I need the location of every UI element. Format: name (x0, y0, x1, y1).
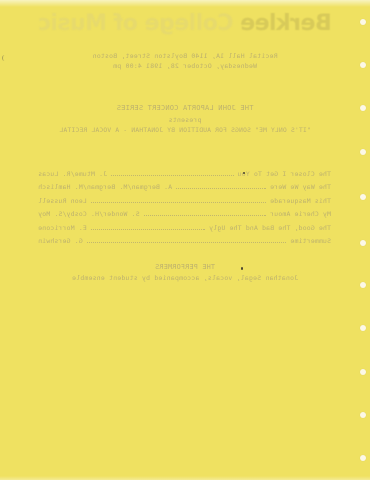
program-row: The Way We Were A. Bergman/M. Bergman/M.… (38, 178, 331, 192)
song-title: The Closer I Get To You (238, 170, 331, 178)
dot-leader (87, 241, 287, 243)
program-row: My Cherie Amour S. Wonder/H. Cosby/S. Mo… (38, 205, 331, 219)
punch-hole (360, 19, 366, 25)
program-row: The Closer I Get To You J. Mtume/R. Luca… (38, 164, 331, 178)
song-composer: S. Wonder/H. Cosby/S. Moy (38, 210, 140, 218)
presents-label: presents (0, 116, 370, 124)
dot-leader (91, 228, 205, 230)
song-title: The Way We Were (270, 183, 331, 191)
program-list: The Closer I Get To You J. Mtume/R. Luca… (38, 164, 331, 245)
song-title: Summertime (290, 237, 331, 245)
punch-hole (360, 369, 366, 375)
edge-mark (2, 55, 7, 61)
berklee-logo: Berklee College of Music (0, 11, 370, 36)
date-line: Wednesday, October 28, 1981 4:00 pm (0, 62, 370, 70)
logo-brand-text: Berklee (241, 11, 332, 36)
dot-leader (111, 174, 233, 176)
punch-hole (360, 149, 366, 155)
ink-speck (243, 172, 245, 174)
song-composer: Leon Russell (38, 197, 87, 205)
scanned-page: Berklee College of Music Recital Hall 1A… (0, 0, 370, 480)
performers-line: Jonathan Segal, vocals, accompanied by s… (0, 274, 370, 282)
song-composer: A. Bergman/M. Bergman/M. Hamlisch (38, 183, 172, 191)
song-title: The Good, The Bad And The Ugly (209, 224, 331, 232)
program-row: This Masquerade Leon Russell (38, 191, 331, 205)
venue-line: Recital Hall 1A, 1140 Boylston Street, B… (0, 52, 370, 60)
punch-hole (360, 455, 366, 461)
song-composer: G. Gershwin (38, 237, 83, 245)
dot-leader (144, 214, 266, 216)
bleedthrough-layer: Berklee College of Music Recital Hall 1A… (0, 0, 370, 480)
series-title: THE JOHN LAPORTA CONCERT SERIES (0, 104, 370, 112)
punch-hole (360, 412, 366, 418)
song-title: My Cherie Amour (270, 210, 331, 218)
punch-hole (360, 194, 366, 200)
punch-hole (360, 240, 366, 246)
performers-heading: THE PERFORMERS (0, 263, 370, 271)
punch-hole (360, 282, 366, 288)
song-title: This Masquerade (270, 197, 331, 205)
dot-leader (91, 201, 266, 203)
program-row: Summertime G. Gershwin (38, 232, 331, 246)
punch-hole (360, 105, 366, 111)
punch-hole (360, 62, 366, 68)
song-composer: J. Mtume/R. Lucas (38, 170, 107, 178)
ink-speck (241, 267, 243, 270)
dot-leader (176, 187, 266, 189)
program-row: The Good, The Bad And The Ugly E. Morric… (38, 218, 331, 232)
recital-title: "IT'S ONLY ME" SONGS FOR AUDITION BY JON… (0, 127, 370, 135)
punch-hole (360, 325, 366, 331)
logo-rest-text: College of Music (38, 11, 240, 36)
song-composer: E. Morricone (38, 224, 87, 232)
